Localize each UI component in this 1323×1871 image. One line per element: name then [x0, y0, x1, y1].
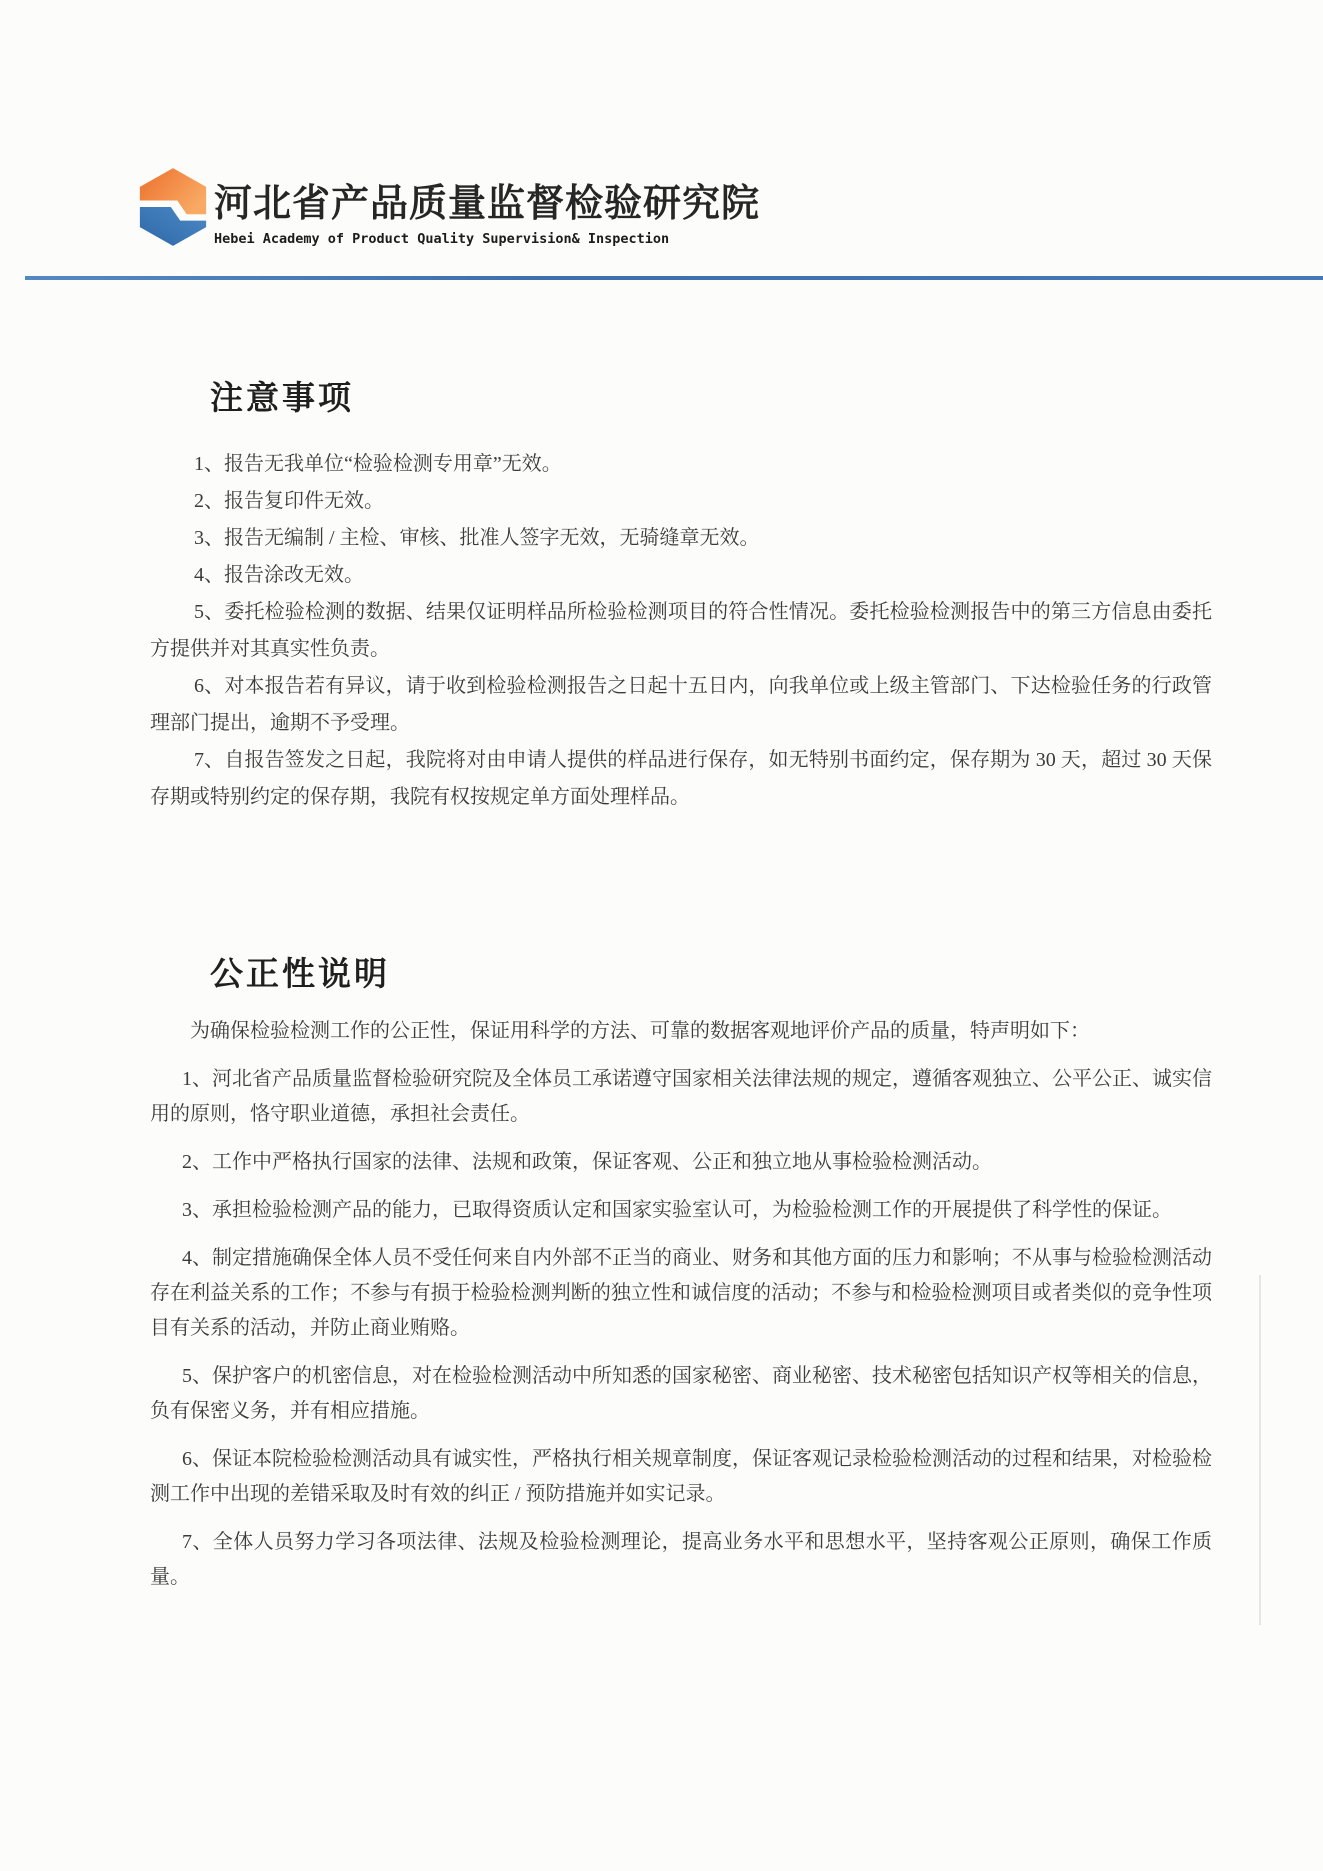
- impartiality-item-5: 5、保护客户的机密信息，对在检验检测活动中所知悉的国家秘密、商业秘密、技术秘密包…: [150, 1359, 1212, 1429]
- notice-item-2: 2、报告复印件无效。: [150, 483, 1212, 520]
- notice-item-5: 5、委托检验检测的数据、结果仅证明样品所检验检测项目的符合性情况。委托检验检测报…: [150, 594, 1212, 668]
- impartiality-item-1: 1、河北省产品质量监督检验研究院及全体员工承诺遵守国家相关法律法规的规定，遵循客…: [150, 1062, 1212, 1132]
- impartiality-item-3: 3、承担检验检测产品的能力，已取得资质认定和国家实验室认可，为检验检测工作的开展…: [150, 1193, 1212, 1228]
- scan-artifact-line: [1259, 1275, 1261, 1625]
- impartiality-section: 公正性说明 为确保检验检测工作的公正性，保证用科学的方法、可靠的数据客观地评价产…: [150, 956, 1212, 1608]
- notice-item-6: 6、对本报告若有异议，请于收到检验检测报告之日起十五日内，向我单位或上级主管部门…: [150, 668, 1212, 742]
- impartiality-intro: 为确保检验检测工作的公正性，保证用科学的方法、可靠的数据客观地评价产品的质量，特…: [150, 1014, 1212, 1049]
- org-name-english: Hebei Academy of Product Quality Supervi…: [214, 229, 760, 249]
- impartiality-item-7: 7、全体人员努力学习各项法律、法规及检验检测理论，提高业务水平和思想水平，坚持客…: [150, 1525, 1212, 1595]
- impartiality-body: 为确保检验检测工作的公正性，保证用科学的方法、可靠的数据客观地评价产品的质量，特…: [150, 1014, 1212, 1595]
- header-divider-rule: [25, 276, 1323, 280]
- notice-section-title: 注意事项: [210, 380, 1212, 416]
- impartiality-item-4: 4、制定措施确保全体人员不受任何来自内外部不正当的商业、财务和其他方面的压力和影…: [150, 1241, 1212, 1346]
- notice-section: 注意事项 1、报告无我单位“检验检测专用章”无效。 2、报告复印件无效。 3、报…: [150, 380, 1212, 816]
- notice-item-4: 4、报告涂改无效。: [150, 557, 1212, 594]
- notice-item-7: 7、自报告签发之日起，我院将对由申请人提供的样品进行保存，如无特别书面约定，保存…: [150, 742, 1212, 816]
- org-title-block: 河北省产品质量监督检验研究院 Hebei Academy of Product …: [214, 182, 760, 249]
- impartiality-item-6: 6、保证本院检验检测活动具有诚实性，严格执行相关规章制度，保证客观记录检验检测活…: [150, 1442, 1212, 1512]
- org-name-chinese: 河北省产品质量监督检验研究院: [214, 182, 760, 226]
- impartiality-item-2: 2、工作中严格执行国家的法律、法规和政策，保证客观、公正和独立地从事检验检测活动…: [150, 1145, 1212, 1180]
- org-logo-hexagon-icon: [137, 166, 209, 248]
- notice-body: 1、报告无我单位“检验检测专用章”无效。 2、报告复印件无效。 3、报告无编制 …: [150, 446, 1212, 816]
- impartiality-section-title: 公正性说明: [210, 956, 1212, 992]
- scanned-document-page: 河北省产品质量监督检验研究院 Hebei Academy of Product …: [0, 0, 1323, 1871]
- notice-item-3: 3、报告无编制 / 主检、审核、批准人签字无效，无骑缝章无效。: [150, 520, 1212, 557]
- notice-item-1: 1、报告无我单位“检验检测专用章”无效。: [150, 446, 1212, 483]
